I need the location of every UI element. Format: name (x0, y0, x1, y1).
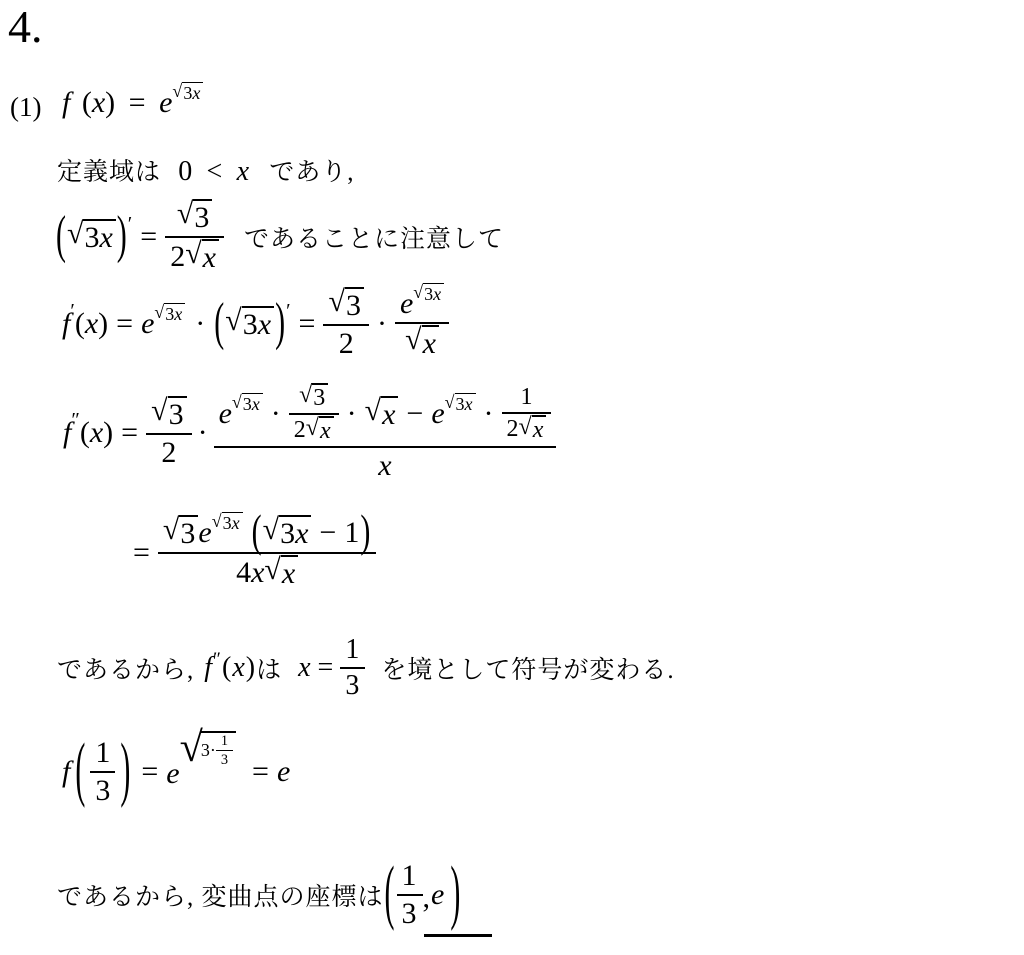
sqrt: √x (405, 325, 439, 361)
radicand: 3 (168, 396, 187, 432)
math-token: 3 (243, 394, 252, 414)
math-group: f″(x) (204, 652, 256, 684)
var-x: x (423, 327, 436, 361)
var-x: x (203, 241, 216, 275)
radicand: x (319, 416, 334, 445)
math-token: 3 (424, 284, 433, 304)
radical-sign: √ (185, 239, 201, 269)
fraction: √3e√3x ( √3x − 1 ) 4x√x (158, 515, 376, 590)
math-token: 3 (194, 201, 209, 235)
fraction: √3 2 (146, 396, 191, 470)
numerator: 1 (90, 736, 115, 771)
jp-text: であることに注意して (244, 219, 504, 255)
var-f: f (62, 755, 70, 789)
math-token: 2 (161, 436, 176, 470)
denominator: 2√x (165, 238, 224, 275)
radicand: 3·13 (200, 731, 236, 768)
problem-number: 4. (8, 0, 43, 53)
math-token: 1 (520, 384, 532, 411)
var-x: x (252, 394, 260, 414)
radicand: 3x (423, 283, 444, 304)
exponent: √3x (154, 302, 185, 324)
math-token: 3 (346, 289, 361, 323)
power: e√3·13 (166, 753, 236, 791)
math-token: 3 (280, 517, 295, 551)
math-token: 1 (95, 736, 110, 770)
var-x: x (251, 556, 264, 590)
math-token: · (377, 307, 387, 341)
math-token: · (347, 397, 357, 431)
left-paren: ( (251, 507, 263, 558)
radical-sign: √ (328, 287, 344, 317)
var-x: x (92, 86, 105, 119)
radical-sign: √ (232, 393, 242, 411)
math-token: < (207, 156, 224, 187)
sqrt: √3 (151, 396, 186, 432)
numerator: 1 (216, 733, 233, 750)
math-token: ) (105, 86, 115, 119)
left-paren: ( (55, 207, 67, 266)
var-e: e (159, 86, 172, 119)
math-token: · (484, 397, 494, 431)
math-token: = (116, 307, 133, 341)
math-token: 3 (201, 740, 210, 760)
radicand: 3x (182, 82, 203, 103)
radicand: 3 (345, 287, 364, 323)
denominator: 3 (90, 773, 115, 808)
radical-sign: √ (405, 325, 421, 355)
sqrt: √3x (212, 512, 243, 533)
math-token: = (140, 220, 157, 254)
numerator: √3e√3x ( √3x − 1 ) (158, 515, 376, 552)
radicand: x (532, 415, 547, 444)
math-token: 3 (169, 398, 184, 432)
var-x: x (99, 221, 112, 255)
radical-sign: √ (154, 303, 164, 321)
exponent: √3·13 (180, 731, 236, 768)
denominator: 4x√x (231, 554, 303, 591)
second-derivative-simplified: = √3e√3x ( √3x − 1 ) 4x√x (133, 505, 376, 601)
denominator: 3 (216, 751, 233, 768)
math-token: 3 (84, 221, 99, 255)
numerator: 1 (515, 384, 537, 412)
radicand: 3x (164, 303, 185, 324)
var-x: x (465, 394, 473, 414)
math-token: 3 (221, 752, 228, 768)
denominator: x (373, 448, 396, 483)
denominator: 3 (397, 896, 423, 931)
var-x: x (295, 517, 308, 551)
numerator: e√3x · √3 2√x · √x − e√3x · 1 2√x (214, 383, 557, 446)
math-token: , (423, 881, 432, 915)
math-token: · (195, 307, 205, 341)
var-e: e (277, 755, 290, 789)
double-prime-mark: ″ (71, 409, 80, 432)
math-token: 3 (345, 670, 360, 702)
jp-text: であるから, 変曲点の座標は (57, 877, 384, 913)
radicand: 3 (312, 383, 328, 412)
math-token: 3 (95, 774, 110, 808)
jp-text: であり, (269, 159, 354, 186)
exponent: √3x (172, 81, 203, 103)
math-token: 3 (243, 308, 258, 342)
sqrt: √3 (328, 287, 363, 323)
var-x: x (192, 83, 200, 103)
var-e: e (166, 757, 179, 790)
radicand: 3 (179, 515, 198, 551)
first-derivative: f′ (x) = e√3x · ( √3x ) ′ = √3 2 · e√3x … (62, 285, 449, 363)
math-token: 2 (170, 240, 185, 274)
radicand: x (422, 325, 439, 361)
math-token: ( (75, 307, 85, 341)
var-x: x (232, 513, 240, 533)
power: e√3x (400, 287, 444, 321)
var-e: e (431, 397, 444, 430)
math-token: 1 (221, 733, 228, 749)
radical-sign: √ (519, 415, 532, 439)
math-token: 2 (339, 327, 354, 361)
exponent: √3x (413, 282, 444, 304)
power: e√3x (431, 397, 475, 431)
power: e√3x (141, 307, 185, 341)
radical-sign: √ (264, 555, 280, 585)
denominator: 2 (334, 326, 359, 361)
var-x: x (533, 417, 544, 444)
math-token: 3 (456, 394, 465, 414)
math-token: 1 (345, 634, 360, 666)
math-token: = (318, 652, 335, 684)
radical-sign: √ (306, 416, 319, 440)
radical-sign: √ (445, 393, 455, 411)
sqrt: √3x (154, 303, 185, 324)
var-x: x (433, 284, 441, 304)
var-x: x (298, 652, 311, 684)
fraction: 1 3 (397, 859, 423, 931)
radical-sign: √ (212, 512, 222, 530)
math-token: = (121, 416, 138, 450)
part-label: (1) (10, 92, 41, 123)
var-e: e (219, 397, 232, 430)
numerator: 1 (340, 634, 365, 667)
second-derivative: f″ (x) = √3 2 · e√3x · √3 2√x · √x − e√3… (63, 374, 556, 492)
numerator: √3 (146, 396, 191, 433)
fraction: √3 2 (323, 287, 368, 361)
var-f: f (62, 86, 70, 119)
var-x: x (378, 449, 391, 483)
denominator: 2√x (289, 415, 339, 445)
right-paren: ) (119, 730, 131, 812)
math-token: = (141, 755, 158, 789)
radical-sign: √ (413, 283, 423, 301)
sqrt: √3x (445, 393, 476, 414)
domain-statement: 定義域は 0 < x であり, (57, 152, 355, 188)
radicand: 3x (279, 515, 311, 551)
exponent: √3x (232, 392, 263, 414)
radical-sign: √ (67, 219, 83, 249)
radical-sign: √ (365, 396, 381, 426)
numerator: 1 (397, 859, 423, 894)
radicand: x (381, 396, 398, 432)
radicand: x (202, 239, 219, 275)
radicand: 3x (222, 512, 243, 533)
fraction: e√3x √x (395, 287, 449, 361)
var-x: x (85, 307, 98, 341)
numerator: √3 (172, 199, 217, 236)
sign-change-statement: であるから, f″(x) は x = 1 3 を境として符号が変わる. (57, 632, 675, 704)
sqrt: √3·13 (180, 731, 236, 768)
answer-underline (424, 934, 492, 937)
math-token: 3 (183, 83, 192, 103)
radicand: 3x (83, 219, 115, 255)
var-f: f (204, 652, 213, 683)
math-token: = (129, 86, 146, 119)
radical-sign: √ (177, 199, 193, 229)
math-token: · (198, 416, 208, 450)
power: e√3x (198, 516, 242, 550)
radical-sign: √ (172, 82, 182, 100)
sqrt: √3x (67, 219, 116, 255)
sqrt: √3 (163, 515, 198, 551)
var-e: e (431, 878, 445, 912)
prime-mark: ′ (70, 300, 74, 323)
var-x: x (174, 304, 182, 324)
math-token: ) (246, 652, 256, 683)
math-token: 3 (180, 517, 195, 551)
sqrt: √3 (177, 199, 212, 235)
sqrt: √x (306, 416, 334, 445)
fraction: 1 2√x (502, 384, 552, 444)
jp-text: 定義域は (57, 159, 161, 186)
jp-text: は (256, 650, 282, 686)
exponent: √3x (212, 511, 243, 533)
sqrt-derivative-note: ( √3x ) ′ = √3 2√x であることに注意して (55, 198, 504, 276)
sqrt: √x (519, 415, 547, 444)
denominator: 2 (156, 435, 181, 470)
answer-coordinates: ( 1 3 , e ) (384, 859, 463, 931)
fraction: √3 2√x (289, 383, 339, 445)
math-token: ) (98, 307, 108, 341)
sqrt: √x (264, 555, 298, 591)
math-token: ) (103, 416, 113, 450)
sqrt: √3x (172, 82, 203, 103)
prime-mark: ′ (128, 213, 132, 236)
radical-sign: √ (151, 396, 167, 426)
denominator: 2√x (502, 414, 552, 444)
left-paren: ( (74, 730, 86, 812)
sqrt: √3x (225, 306, 274, 342)
math-token: 0 (178, 156, 193, 187)
var-x: x (382, 398, 395, 432)
numerator: e√3x (395, 287, 449, 322)
var-x: x (237, 156, 250, 187)
document-page: 4. (1) f (x) = e√3x 定義域は 0 < x であり, ( √3… (0, 0, 1024, 955)
conclusion-statement: であるから, 変曲点の座標は ( 1 3 , e ) (57, 852, 462, 938)
var-e: e (198, 516, 211, 549)
jp-text: であるから, (57, 650, 194, 686)
radicand: 3x (455, 393, 476, 414)
math-token: − (406, 397, 423, 431)
left-paren: ( (384, 853, 397, 935)
var-e: e (400, 287, 413, 320)
jp-text: を境として符号が変わる. (381, 650, 674, 686)
math-token: ( (82, 86, 92, 119)
var-x: x (90, 416, 103, 450)
math-token: ( (222, 652, 232, 683)
right-paren: ) (449, 853, 462, 935)
math-token: ( (80, 416, 90, 450)
math-token: 3 (165, 304, 174, 324)
math-token: 2 (507, 416, 519, 443)
fraction: 13 (216, 733, 233, 768)
double-prime-mark: ″ (213, 649, 222, 671)
var-x: x (320, 418, 331, 445)
math-token: 1 (402, 859, 418, 893)
denominator: 3 (340, 669, 365, 702)
right-paren: ) (359, 507, 371, 558)
value-at-one-third: f ( 1 3 ) = e√3·13 = e (62, 726, 290, 818)
radical-sign: √ (225, 306, 241, 336)
fraction: e√3x · √3 2√x · √x − e√3x · 1 2√x (214, 383, 557, 483)
right-paren: ) (116, 207, 128, 266)
formula-fx-definition: f (x) = e√3x (62, 86, 203, 120)
var-x: x (282, 557, 295, 591)
fraction: 1 3 (90, 736, 115, 808)
numerator: √3 (294, 383, 333, 413)
denominator: √x (400, 324, 444, 361)
radicand: x (281, 555, 298, 591)
left-paren: ( (213, 294, 225, 354)
fraction: 1 3 (340, 634, 365, 702)
radical-sign: √ (299, 383, 312, 407)
var-f: f (63, 416, 71, 450)
var-x: x (232, 652, 245, 683)
math-token: 3 (402, 897, 418, 931)
power: e√3x (219, 397, 263, 431)
sqrt: √3x (263, 515, 312, 551)
sqrt: √3x (413, 283, 444, 304)
sqrt: √3x (232, 393, 263, 414)
math-token: − (319, 516, 336, 550)
radicand: 3x (242, 306, 274, 342)
math-token: = (252, 755, 269, 789)
math-token: 3 (223, 513, 232, 533)
sqrt: √x (185, 239, 219, 275)
var-x: x (258, 308, 271, 342)
var-e: e (141, 307, 154, 340)
math-token: 3 (313, 385, 325, 412)
exponent: √3x (445, 392, 476, 414)
math-token: 2 (294, 417, 306, 444)
math-token: 1 (344, 516, 359, 550)
math-token: = (299, 307, 316, 341)
prime-mark: ′ (286, 300, 290, 323)
radical-sign: √ (163, 515, 179, 545)
fraction: √3 2√x (165, 199, 224, 274)
sqrt: √x (365, 396, 399, 432)
math-token: = (133, 536, 150, 570)
numerator: √3 (323, 287, 368, 324)
radical-sign: √ (263, 515, 279, 545)
math-token: · (271, 397, 281, 431)
radicand: 3 (193, 199, 212, 235)
var-f: f (62, 307, 70, 341)
right-paren: ) (274, 294, 286, 354)
math-token: 4 (236, 556, 251, 590)
sqrt: √3 (299, 383, 328, 412)
radicand: 3x (242, 393, 263, 414)
